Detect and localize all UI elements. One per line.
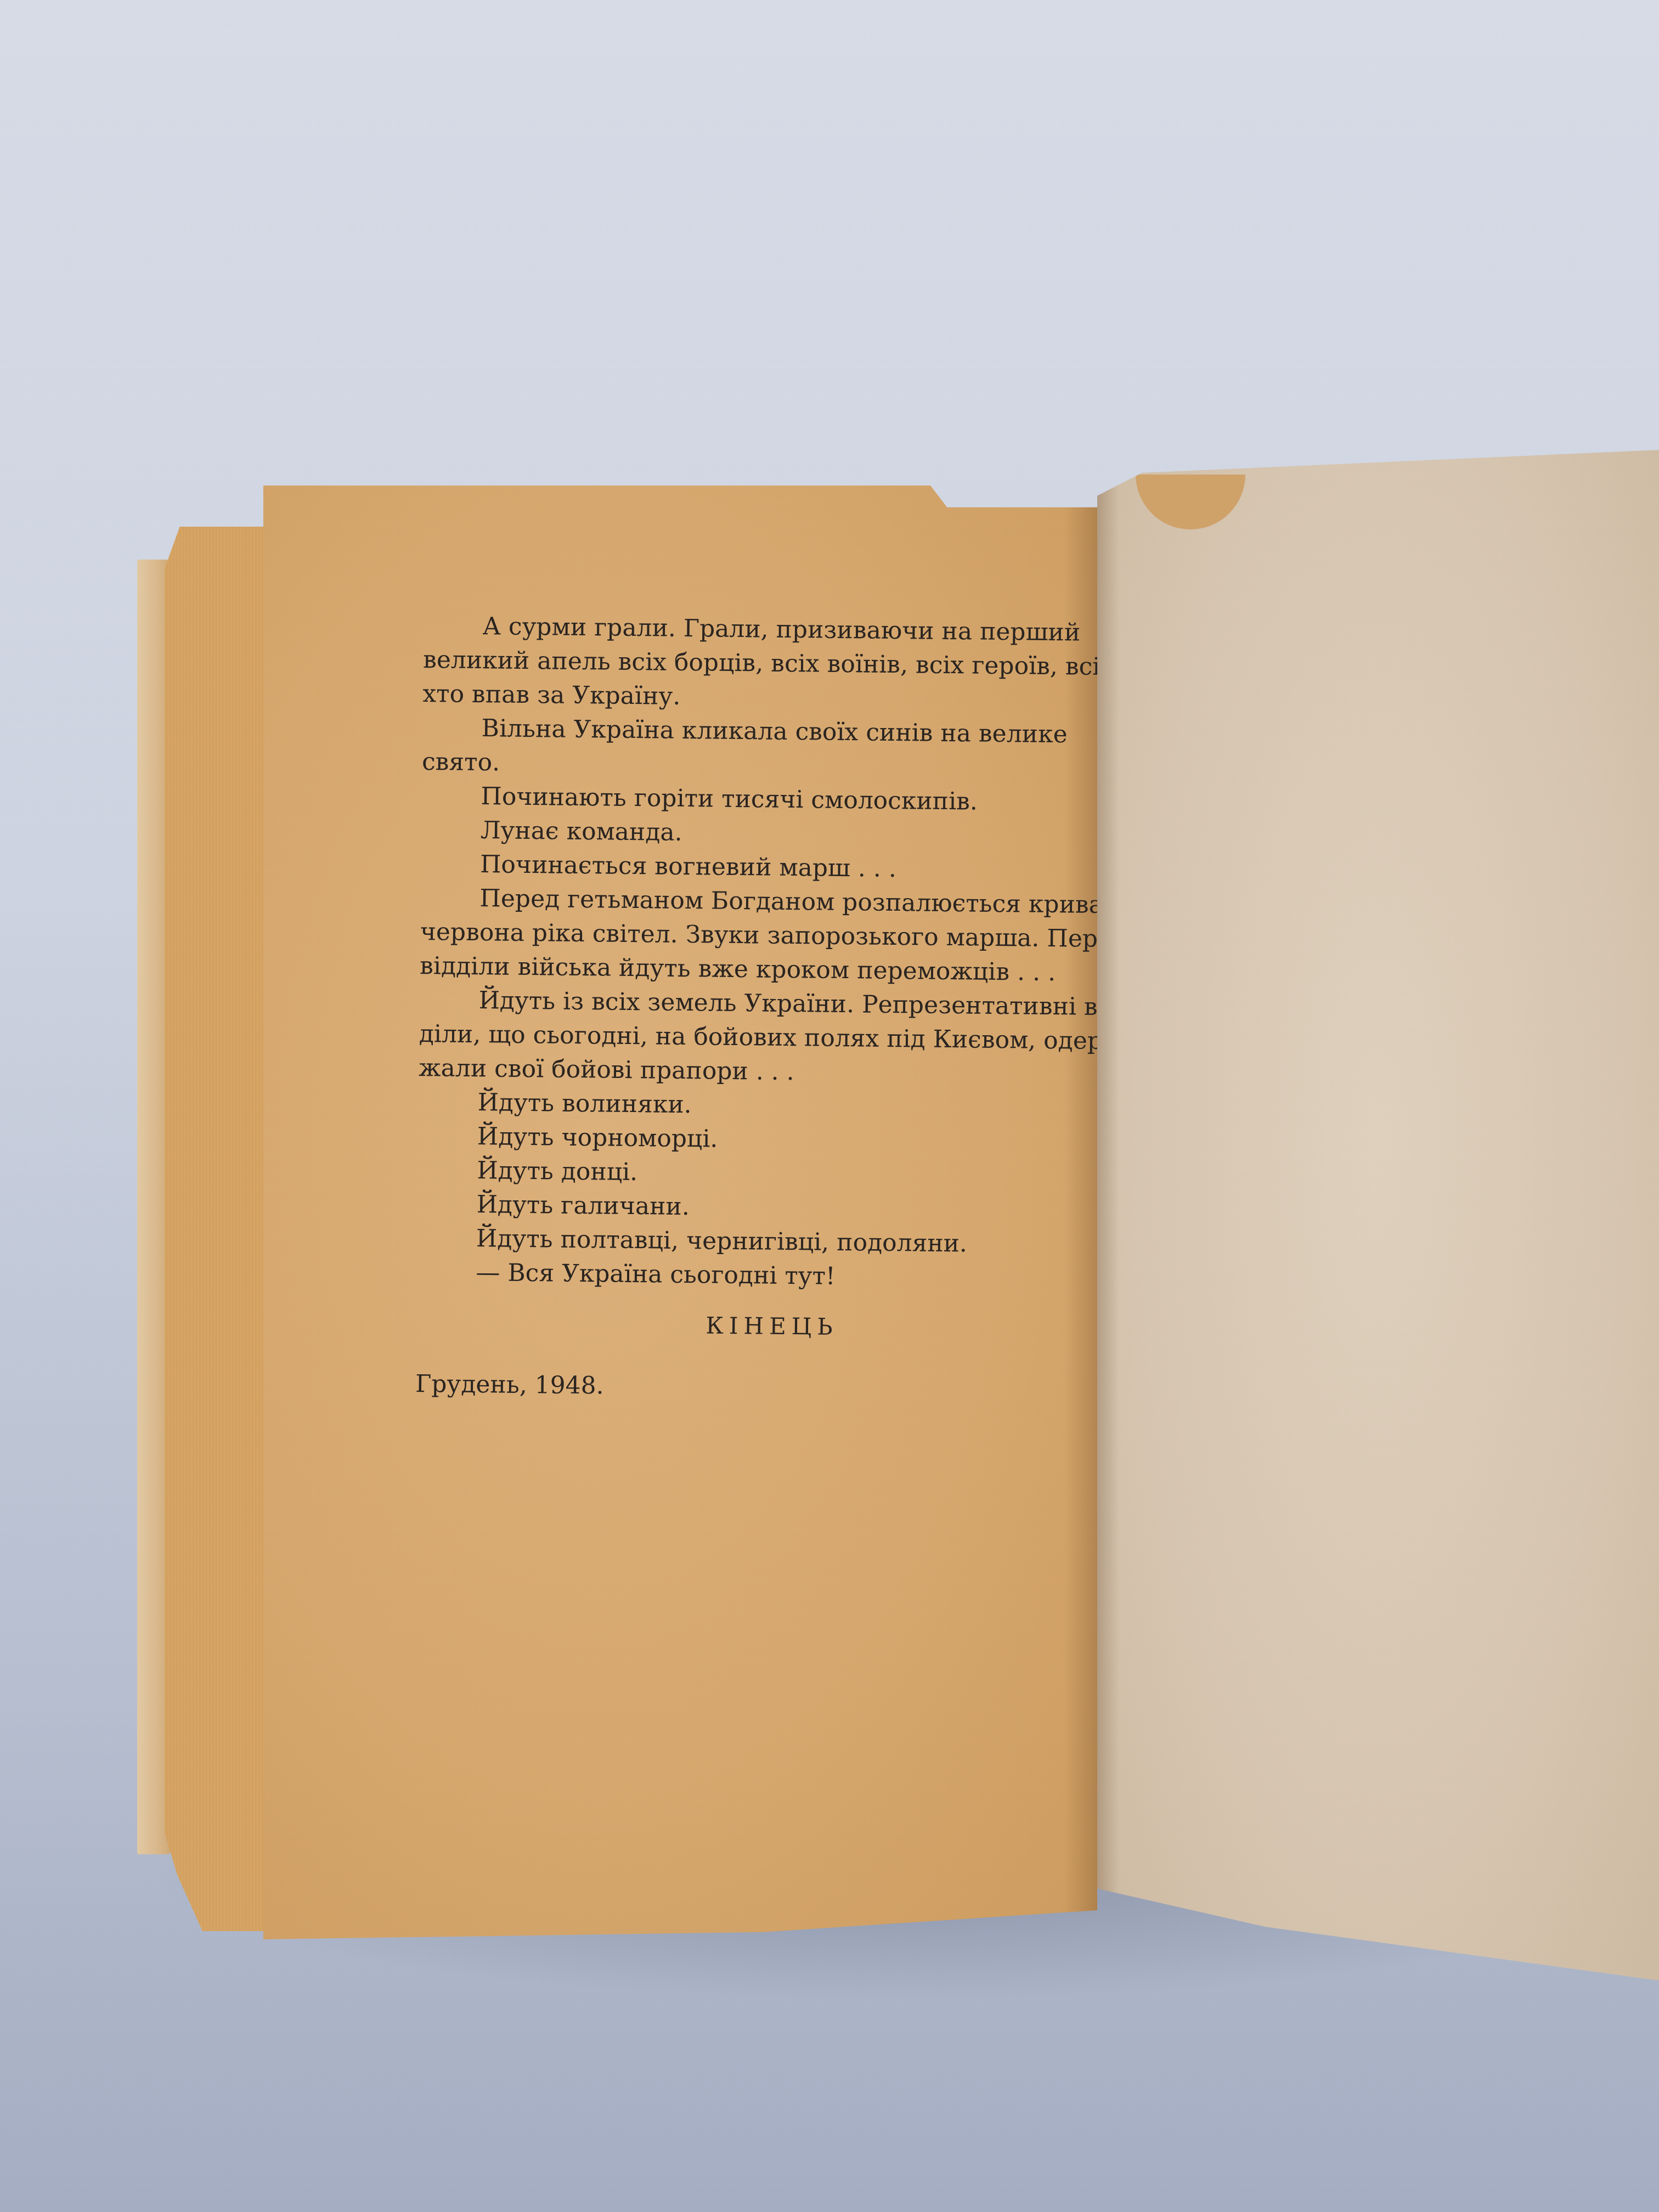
text-line: Вільна Україна кликала своїх синів на ве… xyxy=(422,711,1108,752)
ending-heading: КІНЕЦЬ xyxy=(416,1306,1102,1347)
date-line: Грудень, 1948. xyxy=(415,1367,1102,1408)
page-stain xyxy=(1136,475,1245,529)
photo-scene: А сурми грали. Грали, призиваючи на перш… xyxy=(0,0,1659,2212)
text-line: — Вся Україна сьогодні тут! xyxy=(416,1255,1103,1296)
right-page-blank xyxy=(1097,450,1659,1980)
page-text: А сурми грали. Грали, призиваючи на перш… xyxy=(415,609,1109,1408)
